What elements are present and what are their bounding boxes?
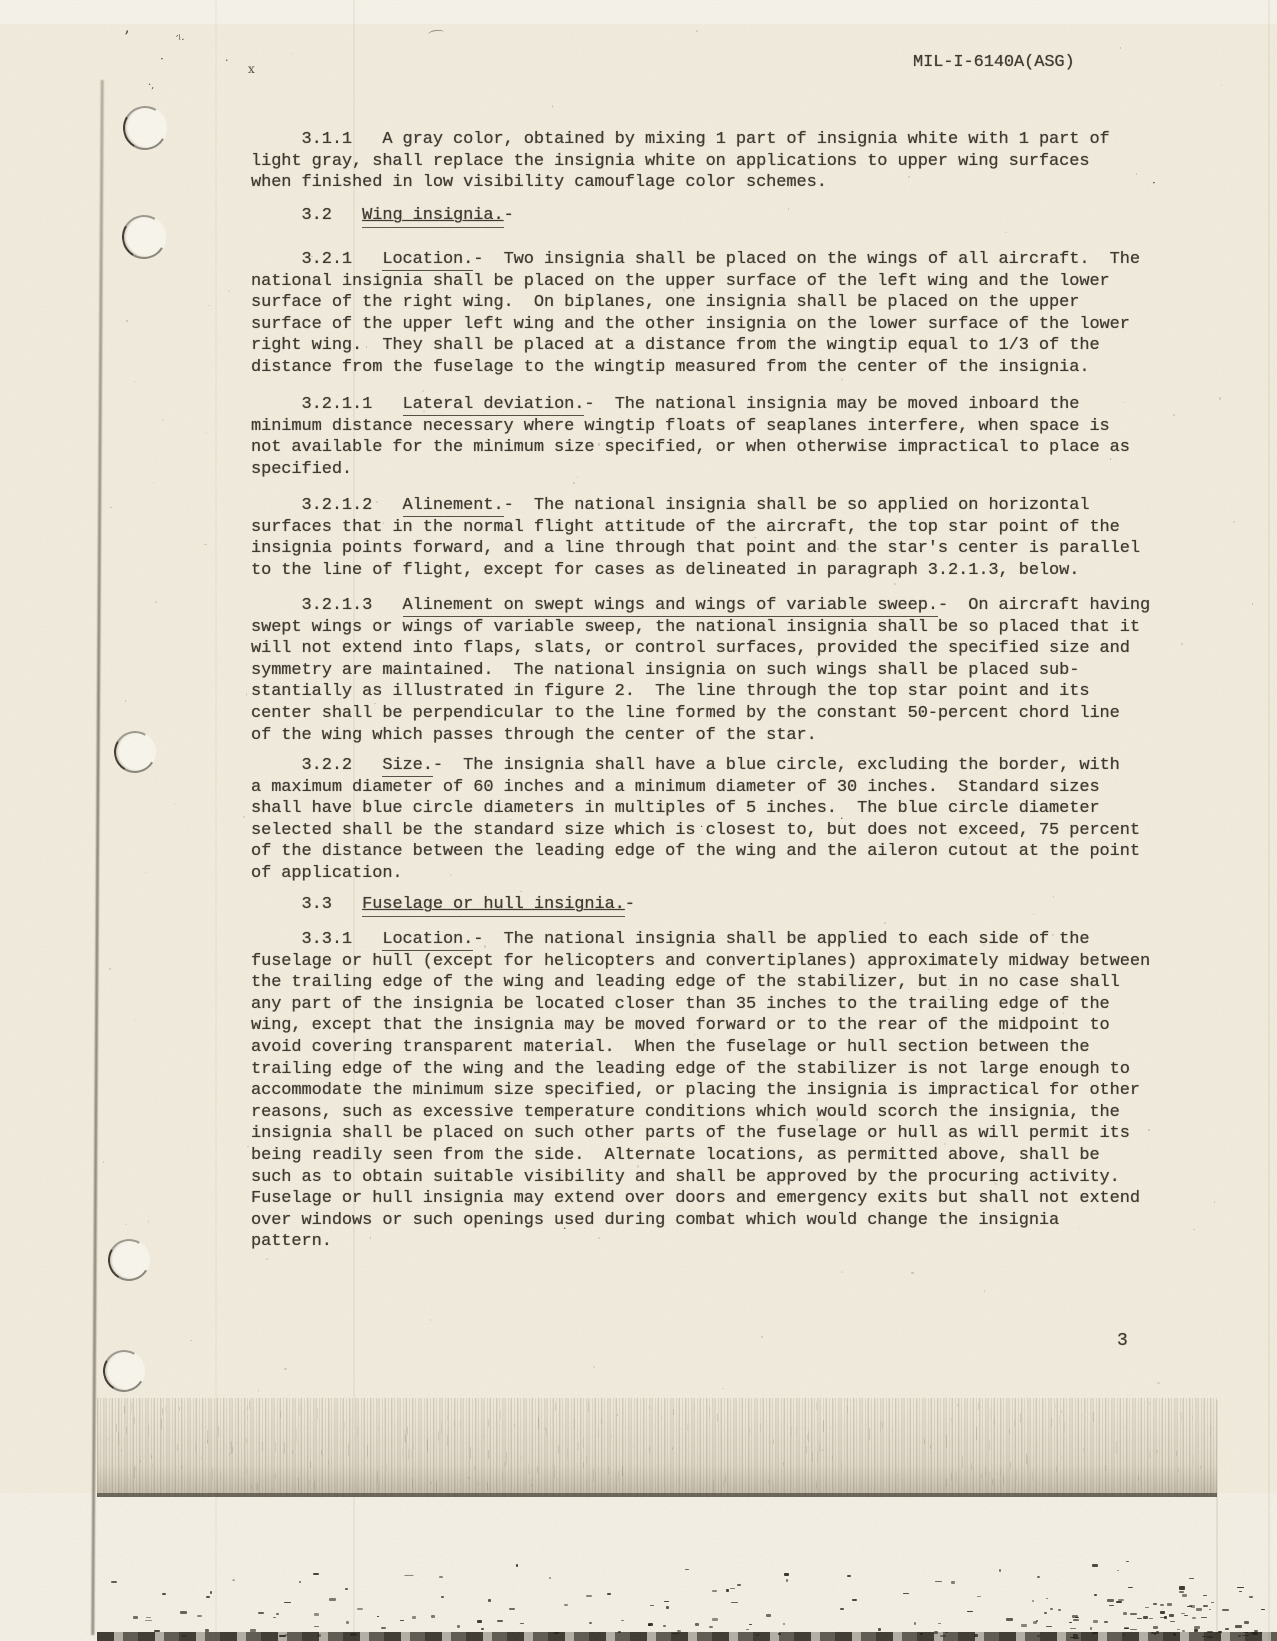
band-streak	[212, 1468, 213, 1479]
scan-crease-line	[215, 0, 217, 1641]
noise-speck	[1036, 1620, 1038, 1621]
band-streak	[487, 1482, 488, 1490]
paper-speck	[683, 289, 684, 291]
paragraph-number: 3.2.2	[251, 756, 382, 775]
paper-speck	[468, 1477, 470, 1479]
paper-speck	[514, 687, 515, 689]
section-heading-3-3: 3.3 Fuselage or hull insignia.-	[251, 894, 1191, 916]
noise-speck	[1189, 1578, 1194, 1579]
band-streak	[989, 1472, 990, 1478]
noise-speck	[111, 1581, 116, 1583]
band-streak	[299, 1403, 300, 1416]
band-streak	[1016, 1470, 1017, 1480]
band-streak	[649, 1406, 650, 1409]
noise-speck	[1179, 1586, 1185, 1589]
paper-speck	[1181, 643, 1183, 645]
noise-speck	[329, 1598, 336, 1600]
band-streak	[441, 1422, 442, 1435]
noise-speck	[1222, 1609, 1229, 1611]
band-streak	[749, 1429, 750, 1433]
noise-speck	[1156, 1631, 1159, 1634]
paper-speck	[552, 105, 553, 107]
noise-speck	[520, 1623, 524, 1624]
paper-speck	[894, 583, 896, 585]
noise-speck	[586, 1595, 592, 1597]
noise-speck	[945, 1632, 948, 1633]
band-streak	[783, 1462, 784, 1466]
noise-speck	[314, 1626, 319, 1628]
paragraph-body: -	[625, 895, 635, 914]
noise-speck	[974, 1634, 978, 1637]
noise-speck	[1218, 1631, 1221, 1632]
noise-speck	[258, 1612, 264, 1614]
backing-sheet	[0, 1493, 1277, 1641]
paper-speck	[374, 703, 376, 704]
paragraph-number: 3.3.1	[251, 930, 382, 949]
noise-speck	[1160, 1604, 1164, 1606]
noise-speck	[1207, 1631, 1213, 1634]
paper-speck	[968, 837, 970, 839]
band-streak	[1014, 1420, 1015, 1427]
paper-speck	[1033, 914, 1035, 915]
band-streak	[1210, 1426, 1211, 1436]
band-streak	[946, 1435, 947, 1448]
paper-speck	[700, 287, 702, 289]
stray-mark: ·	[840, 812, 844, 825]
band-streak	[583, 1438, 584, 1448]
noise-speck	[182, 1635, 187, 1637]
noise-speck	[1196, 1608, 1202, 1610]
band-streak	[218, 1426, 219, 1437]
noise-speck	[1058, 1609, 1061, 1611]
band-streak	[574, 1418, 575, 1430]
band-streak	[817, 1452, 818, 1463]
noise-speck	[712, 1618, 717, 1621]
paper-speck	[984, 1290, 985, 1292]
paragraph-3-2-2: 3.2.2 Size.- The insignia shall have a b…	[251, 755, 1191, 885]
noise-speck	[1130, 1613, 1137, 1615]
noise-speck	[1160, 1611, 1165, 1614]
paragraph-3-2-1-2: 3.2.1.2 Alinement.- The national insigni…	[251, 495, 1191, 581]
stray-mark: ·	[700, 822, 703, 833]
paper-speck	[990, 408, 991, 409]
paper-speck	[637, 1165, 639, 1167]
band-streak	[134, 1417, 135, 1424]
noise-speck	[1244, 1621, 1249, 1624]
paragraph-number: 3.2.1	[251, 250, 382, 269]
band-streak	[195, 1442, 196, 1453]
band-streak	[1032, 1471, 1033, 1482]
band-streak	[310, 1461, 311, 1468]
paper-speck	[109, 968, 111, 970]
stray-mark: ·	[225, 54, 229, 67]
band-streak	[1181, 1412, 1182, 1422]
band-streak	[1178, 1468, 1179, 1473]
noise-speck	[146, 1617, 151, 1618]
band-streak	[1061, 1410, 1062, 1413]
paper-speck	[292, 53, 293, 55]
paper-speck	[1219, 397, 1221, 399]
noise-speck	[1153, 1603, 1157, 1605]
noise-speck	[664, 1601, 669, 1602]
band-streak	[694, 1404, 695, 1411]
paper-speck	[258, 1389, 259, 1391]
band-streak	[1051, 1418, 1052, 1427]
paragraph-3-2-1-1: 3.2.1.1 Lateral deviation.- The national…	[251, 394, 1191, 480]
band-streak	[177, 1444, 178, 1451]
band-streak	[411, 1450, 412, 1459]
band-streak	[601, 1418, 602, 1425]
noise-speck	[1037, 1635, 1041, 1637]
paragraph-3-2-1: 3.2.1 Location.- Two insignia shall be p…	[251, 249, 1191, 379]
noise-speck	[666, 1606, 668, 1609]
noise-speck	[1169, 1614, 1175, 1617]
paper-speck	[1120, 47, 1122, 49]
band-streak	[402, 1448, 403, 1457]
paper-speck	[110, 507, 112, 508]
noise-speck	[431, 1615, 436, 1618]
stray-mark: —	[404, 1570, 414, 1581]
band-streak	[678, 1477, 679, 1484]
band-streak	[474, 1465, 475, 1471]
band-streak	[841, 1461, 842, 1468]
band-streak	[981, 1474, 982, 1478]
noise-speck	[1251, 1632, 1256, 1634]
paper-speck	[948, 989, 950, 990]
band-streak	[247, 1406, 248, 1411]
noise-speck	[1073, 1637, 1079, 1640]
noise-speck	[1182, 1594, 1187, 1596]
band-streak	[454, 1421, 455, 1425]
noise-speck	[1194, 1626, 1200, 1629]
noise-speck	[672, 1633, 679, 1635]
noise-speck	[1211, 1602, 1214, 1603]
band-streak	[321, 1450, 322, 1455]
paper-speck	[162, 419, 164, 421]
noise-speck	[197, 1615, 202, 1617]
paper-speck	[1011, 507, 1013, 509]
band-streak	[976, 1427, 977, 1439]
paper-speck	[404, 781, 405, 783]
noise-speck	[621, 1620, 624, 1622]
noise-speck	[1242, 1635, 1248, 1636]
noise-speck	[935, 1581, 941, 1582]
band-streak	[951, 1473, 952, 1482]
noise-speck	[1203, 1605, 1208, 1607]
band-streak	[314, 1481, 315, 1490]
noise-speck	[284, 1602, 291, 1604]
noise-speck	[1128, 1587, 1133, 1588]
band-streak	[459, 1479, 460, 1483]
stray-mark: ·	[563, 1222, 567, 1235]
noise-speck	[554, 1632, 559, 1635]
band-streak	[292, 1450, 293, 1454]
noise-speck	[206, 1596, 210, 1599]
paragraph-3-3-1: 3.3.1 Location.- The national insignia s…	[251, 929, 1191, 1253]
paragraph-number: 3.2.1.2	[251, 496, 403, 515]
paragraph-heading: Fuselage or hull insignia.	[362, 895, 625, 917]
band-streak	[502, 1470, 503, 1479]
paragraph-heading: Lateral deviation.	[403, 395, 585, 416]
band-streak	[181, 1465, 182, 1470]
band-streak	[892, 1427, 893, 1433]
band-streak	[567, 1448, 568, 1459]
paper-speck	[989, 1056, 990, 1057]
paper-top-edge	[0, 0, 1277, 24]
paragraph-3-2-1-3: 3.2.1.3 Alinement on swept wings and win…	[251, 595, 1191, 746]
paper-speck	[617, 1414, 618, 1416]
paragraph-heading: Alinement on swept wings and wings of va…	[403, 596, 938, 617]
band-streak	[405, 1434, 406, 1443]
noise-speck	[1123, 1612, 1127, 1615]
band-streak	[670, 1463, 671, 1469]
band-streak	[537, 1466, 538, 1472]
band-streak	[504, 1462, 505, 1467]
band-streak	[593, 1469, 594, 1482]
paper-speck	[155, 601, 157, 602]
noise-speck	[314, 1613, 318, 1615]
paper-speck	[593, 1366, 594, 1368]
noise-speck	[749, 1624, 752, 1625]
band-streak	[162, 1408, 163, 1415]
noise-speck	[737, 1584, 740, 1586]
band-streak	[201, 1456, 202, 1460]
band-streak	[229, 1453, 230, 1457]
paper-speck	[1053, 896, 1054, 898]
paper-speck	[366, 346, 367, 347]
paper-speck	[772, 785, 774, 787]
noise-speck	[564, 1604, 568, 1606]
paper-speck	[841, 1271, 843, 1273]
band-streak	[220, 1473, 221, 1479]
band-streak	[460, 1421, 461, 1427]
noise-speck	[1116, 1601, 1121, 1603]
noise-speck	[509, 1608, 515, 1610]
noise-speck	[784, 1573, 789, 1576]
band-streak	[500, 1410, 501, 1421]
band-streak	[990, 1408, 991, 1420]
noise-speck	[1153, 1626, 1158, 1629]
paper-speck	[422, 390, 424, 391]
paragraph-body: -	[504, 206, 514, 225]
noise-speck	[1194, 1629, 1198, 1632]
noise-speck	[1072, 1615, 1079, 1618]
noise-speck	[400, 1620, 404, 1621]
noise-speck	[1130, 1629, 1136, 1630]
noise-speck	[1092, 1564, 1099, 1567]
paper-speck	[228, 290, 230, 292]
noise-speck	[1192, 1617, 1196, 1619]
noise-speck	[1090, 1627, 1092, 1630]
noise-speck	[695, 1623, 698, 1626]
stray-mark: ·	[160, 52, 164, 66]
band-streak	[436, 1481, 437, 1492]
paper-speck	[833, 364, 835, 365]
noise-speck	[648, 1623, 652, 1626]
paper-speck	[286, 1029, 287, 1030]
paper-speck	[983, 944, 985, 946]
band-streak	[378, 1426, 379, 1432]
stray-mark: ·	[373, 362, 376, 373]
noise-speck	[1069, 1622, 1072, 1623]
noise-speck	[1143, 1616, 1148, 1619]
noise-speck	[940, 1635, 946, 1637]
paper-speck	[754, 537, 756, 538]
noise-speck	[313, 1573, 320, 1575]
noise-speck	[1189, 1605, 1192, 1606]
band-streak	[1193, 1455, 1194, 1466]
noise-speck	[273, 1617, 276, 1619]
band-streak	[483, 1430, 484, 1439]
band-streak	[151, 1455, 152, 1459]
paper-speck	[510, 819, 512, 821]
noise-speck	[1006, 1618, 1013, 1621]
noise-speck	[154, 1630, 160, 1632]
band-streak	[257, 1483, 258, 1492]
band-streak	[124, 1406, 125, 1414]
stray-mark: ′ˡ·	[176, 33, 185, 46]
noise-speck	[516, 1564, 518, 1566]
band-streak	[713, 1481, 714, 1492]
noise-speck	[441, 1596, 444, 1598]
noise-speck	[1167, 1603, 1172, 1605]
noise-speck	[934, 1631, 938, 1634]
noise-speck	[1235, 1625, 1241, 1628]
noise-speck	[377, 1616, 379, 1617]
band-streak	[1149, 1402, 1150, 1405]
noise-speck	[999, 1569, 1001, 1572]
noise-speck	[766, 1614, 770, 1617]
band-streak	[1010, 1462, 1011, 1470]
paper-speck	[1005, 232, 1007, 233]
noise-speck	[1124, 1628, 1129, 1630]
noise-speck	[618, 1631, 621, 1633]
band-streak	[1082, 1414, 1083, 1418]
paper-speck	[620, 437, 622, 438]
noise-speck	[1249, 1596, 1253, 1597]
noise-speck	[1170, 1621, 1175, 1622]
paper-speck	[722, 1388, 723, 1390]
paper-speck	[134, 381, 135, 383]
paper-speck	[636, 1216, 638, 1217]
band-streak	[413, 1443, 414, 1450]
band-streak	[773, 1482, 774, 1495]
noise-speck	[847, 1575, 851, 1577]
band-streak	[555, 1402, 556, 1412]
paragraph-number: 3.2.1.1	[251, 395, 403, 414]
paragraph-heading: Wing insignia.	[362, 206, 503, 228]
paper-speck	[284, 1368, 286, 1369]
noise-speck	[589, 1622, 592, 1623]
noise-speck	[778, 1633, 780, 1635]
paper-speck	[944, 1143, 946, 1144]
paragraph-number: 3.2	[251, 206, 362, 225]
scan-artifact-band	[97, 1398, 1217, 1497]
paper-speck	[383, 522, 384, 524]
band-streak	[773, 1439, 774, 1444]
noise-speck	[276, 1613, 279, 1615]
band-streak	[649, 1446, 650, 1453]
noise-speck	[412, 1616, 416, 1619]
noise-speck	[878, 1628, 880, 1630]
paper-speck	[1221, 84, 1222, 86]
band-streak	[108, 1438, 109, 1441]
stray-mark: ·,	[148, 80, 154, 91]
paragraph-number: 3.3	[251, 895, 362, 914]
band-streak	[1064, 1422, 1065, 1435]
paragraph-heading: Size.	[382, 756, 433, 777]
paragraph-number: 3.1.1	[251, 130, 382, 149]
noise-speck	[1093, 1620, 1098, 1623]
band-streak	[994, 1418, 995, 1425]
band-streak	[588, 1402, 589, 1412]
paper-speck	[788, 208, 789, 210]
band-streak	[249, 1401, 250, 1410]
band-streak	[978, 1402, 979, 1410]
noise-speck	[709, 1626, 713, 1628]
noise-speck	[756, 1634, 760, 1635]
band-streak	[1105, 1465, 1106, 1471]
paper-speck	[174, 803, 175, 805]
noise-speck	[1107, 1599, 1114, 1602]
paragraph-3-1-1: 3.1.1 A gray color, obtained by mixing 1…	[251, 129, 1191, 194]
band-streak	[412, 1478, 413, 1487]
band-streak	[1020, 1413, 1021, 1424]
band-streak	[161, 1419, 162, 1431]
noise-speck	[1070, 1628, 1076, 1630]
noise-speck	[1209, 1609, 1211, 1611]
band-streak	[521, 1456, 522, 1460]
spec-reference: MIL-I-6140A(ASG)	[913, 52, 1075, 74]
band-streak	[869, 1428, 870, 1440]
band-streak	[1138, 1475, 1139, 1481]
paragraph-body: - On aircraft having swept wings or wing…	[251, 596, 1150, 745]
paper-speck	[394, 179, 396, 181]
band-streak	[723, 1479, 724, 1487]
paper-speck	[1156, 1450, 1158, 1452]
noise-speck	[1104, 1621, 1107, 1622]
paragraph-body: - The national insignia shall be applied…	[251, 930, 1150, 1251]
paper-speck	[598, 443, 600, 445]
noise-speck	[977, 1596, 982, 1597]
paragraph-heading: Alinement.	[403, 496, 504, 517]
noise-speck	[205, 1629, 209, 1631]
noise-speck	[1073, 1634, 1079, 1637]
noise-speck	[481, 1628, 484, 1630]
stray-mark: ’	[124, 28, 129, 48]
paper-speck	[822, 1449, 823, 1451]
paper-speck	[897, 787, 898, 788]
paper-speck	[819, 282, 820, 284]
paper-speck	[735, 649, 737, 651]
band-streak	[1009, 1429, 1010, 1434]
noise-speck	[1092, 1632, 1097, 1634]
noise-speck	[1021, 1624, 1027, 1627]
band-streak	[1055, 1404, 1056, 1409]
band-streak	[847, 1406, 848, 1413]
paper-speck	[1193, 1229, 1195, 1230]
paragraph-heading: Location.	[382, 250, 473, 271]
band-streak	[230, 1442, 231, 1449]
noise-speck	[1238, 1635, 1241, 1637]
band-streak	[344, 1422, 345, 1429]
noise-speck	[250, 1629, 257, 1632]
paper-speck	[266, 1258, 268, 1260]
band-streak	[246, 1467, 247, 1475]
band-streak	[328, 1460, 329, 1464]
band-streak	[962, 1456, 963, 1468]
paper-speck	[1110, 458, 1111, 460]
